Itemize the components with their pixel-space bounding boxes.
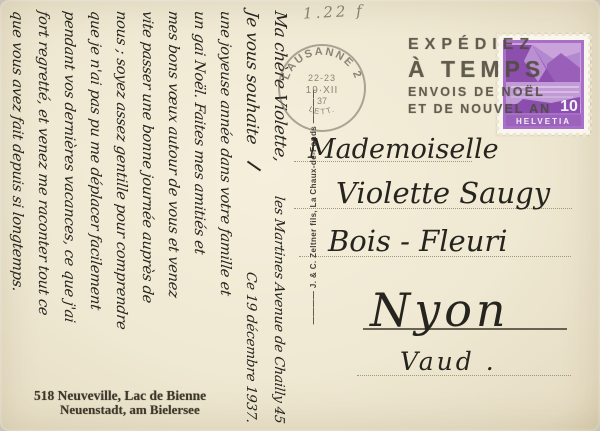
- slogan-line: ENVOIS DE NOËL: [408, 84, 551, 101]
- message-line-text: nous ; soyez assez gentille pour compren…: [108, 9, 134, 331]
- message-line: que vous avez fait depuis si longtemps.: [4, 11, 30, 423]
- svg-text:LETT.: LETT.: [308, 104, 337, 116]
- message-line: que je n'ai pas pu me déplacer facilemen…: [82, 11, 108, 423]
- message-line: vite passer une bonne journée auprès de: [134, 11, 160, 423]
- message-line-text: une joyeuse année dans votre famille et: [212, 9, 238, 297]
- pen-stroke: [247, 161, 261, 172]
- postcard-back: Ma chère Violette, les Martines Avenue d…: [0, 0, 600, 431]
- message-line-text: pendant vos dernières vacances, ce que j…: [56, 9, 82, 324]
- message-line-text: vite passer une bonne journée auprès de: [134, 9, 160, 304]
- stamp-perforation: [587, 34, 592, 135]
- message-line-text: mes bons vœux autour de vous et venez: [160, 9, 186, 299]
- message-line: mes bons vœux autour de vous et venez: [160, 11, 186, 423]
- message-date: Ce 19 décembre 1937.: [237, 270, 265, 425]
- address-title: Mademoiselle: [308, 134, 499, 165]
- message-line: nous ; soyez assez gentille pour compren…: [108, 11, 134, 423]
- greeting-line2: Je vous souhaite: [238, 9, 266, 146]
- slogan-line: À TEMPS: [408, 56, 551, 82]
- address-name: Violette Saugy: [336, 176, 550, 210]
- sender-address: les Martines Avenue de Chailly 45: [265, 194, 293, 425]
- address-canton: Vaud .: [400, 347, 497, 376]
- message-area: Ma chère Violette, les Martines Avenue d…: [0, 3, 296, 427]
- stamp-perforation: [497, 132, 590, 137]
- message-line: pendant vos dernières vacances, ce que j…: [56, 11, 82, 423]
- message-line: une joyeuse année dans votre famille et: [212, 11, 238, 423]
- slogan-line: EXPÉDIEZ: [408, 34, 551, 56]
- message-line-text: que vous avez fait depuis si longtemps.: [4, 9, 30, 293]
- postmark-time: 22-23: [308, 73, 336, 83]
- address-house: Bois - Fleuri: [328, 224, 508, 258]
- postmark-circle: LAUSANNE 2 22-23 19·XII 37 LETT.: [276, 42, 368, 134]
- postmark-date: 19·XII: [306, 85, 339, 96]
- stamp-country: HELVETIA: [516, 117, 571, 126]
- message-line-text: que je n'ai pas pu me déplacer facilemen…: [82, 9, 108, 311]
- message-line-text: un gai Noël. Faites mes amitiés et: [186, 9, 212, 255]
- message-line: un gai Noël. Faites mes amitiés et: [186, 11, 212, 423]
- address-town: Nyon: [370, 283, 510, 337]
- message-line-text: fort regretté, et venez me raconter tout…: [30, 9, 56, 316]
- slogan-cancellation: EXPÉDIEZ À TEMPS ENVOIS DE NOËL ET DE NO…: [408, 34, 551, 118]
- message-header-row: Je vous souhaite Ce 19 décembre 1937.: [238, 11, 266, 423]
- slogan-line: ET DE NOUVEL AN: [408, 101, 551, 118]
- postmark-year: 37: [317, 96, 327, 106]
- price-annotation: 1.22 f: [303, 1, 366, 22]
- stamp-denomination: 10: [560, 98, 578, 115]
- postmark-district: LETT.: [308, 104, 337, 116]
- message-line: fort regretté, et venez me raconter tout…: [30, 11, 56, 423]
